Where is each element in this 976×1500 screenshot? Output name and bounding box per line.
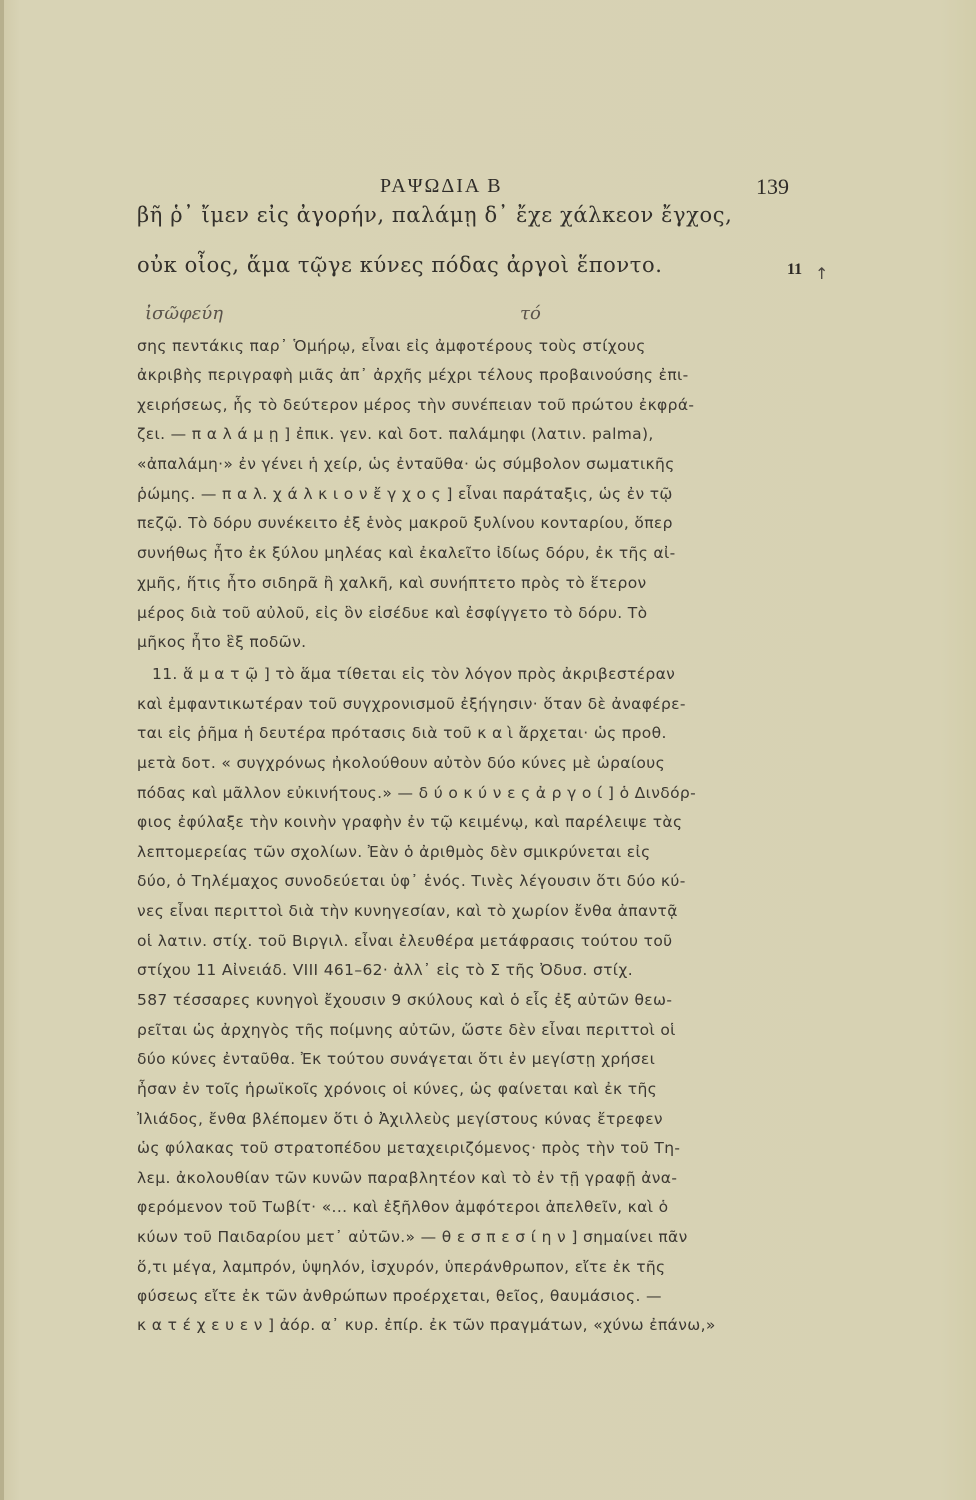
commentary-line: κύων τοῦ Παιδαρίου μετ᾽ αὐτῶν.» — θ ε σ …: [137, 1228, 773, 1246]
commentary-line: φιος ἐφύλαξε τὴν κοινὴν γραφὴν ἐν τῷ κει…: [137, 813, 773, 831]
commentary-line: σης πεντάκις παρ᾽ Ὁμήρῳ, εἶναι εἰς ἀμφοτ…: [137, 337, 773, 355]
handwritten-note-center: τό: [520, 303, 541, 324]
commentary-line: 11. ἅ μ α τ ῷ ] τὸ ἅμα τίθεται εἰς τὸν λ…: [152, 665, 773, 683]
commentary-line: χειρήσεως, ἧς τὸ δεύτερον μέρος τὴν συνέ…: [137, 396, 773, 414]
commentary-line: 587 τέσσαρες κυνηγοὶ ἔχουσιν 9 σκύλους κ…: [137, 991, 773, 1009]
commentary-line: καὶ ἐμφαντικωτέραν τοῦ συγχρονισμοῦ ἐξήγ…: [137, 695, 773, 713]
verse-line-2: οὐκ οἶος, ἅμα τῷγε κύνες πόδας ἀργοὶ ἕπο…: [137, 253, 663, 277]
commentary-line: δύο, ὁ Τηλέμαχος συνοδεύεται ὑφ᾽ ἑνός. Τ…: [137, 872, 773, 890]
margin-mark: ↑: [815, 264, 828, 283]
verse-number: 11: [787, 261, 802, 279]
commentary-line: πεζῷ. Τὸ δόρυ συνέκειτο ἐξ ἑνὸς μακροῦ ξ…: [137, 514, 773, 532]
scanned-page: ΡΑΨΩΔΙΑ Β 139 βῆ ῥ᾽ ἴμεν εἰς ἀγορήν, παλ…: [0, 0, 976, 1500]
commentary-line: λεμ. ἀκολουθίαν τῶν κυνῶν παραβλητέον κα…: [137, 1169, 773, 1187]
commentary-line: Ἰλιάδος, ἔνθα βλέπομεν ὅτι ὁ Ἀχιλλεὺς με…: [137, 1110, 773, 1128]
handwritten-note-left: ἰσῶφεύη: [145, 303, 223, 324]
commentary-line: λεπτομερείας τῶν σχολίων. Ἐὰν ὁ ἀριθμὸς …: [137, 843, 773, 861]
commentary-line: μῆκος ἦτο ἓξ ποδῶν.: [137, 633, 773, 651]
commentary-line: μέρος διὰ τοῦ αὐλοῦ, εἰς ὃν εἰσέδυε καὶ …: [137, 604, 773, 622]
commentary-line: δύο κύνες ἐνταῦθα. Ἐκ τούτου συνάγεται ὅ…: [137, 1050, 773, 1068]
commentary-line: νες εἶναι περιττοὶ διὰ τὴν κυνηγεσίαν, κ…: [137, 902, 773, 920]
commentary-line: χμῆς, ἥτις ἦτο σιδηρᾶ ἢ χαλκῆ, καὶ συνήπ…: [137, 574, 773, 592]
commentary-line: ὡς φύλακας τοῦ στρατοπέδου μεταχειριζόμε…: [137, 1139, 773, 1157]
commentary-line: «ἀπαλάμη·» ἐν γένει ἡ χείρ, ὡς ἐνταῦθα· …: [137, 455, 773, 473]
commentary-line: ται εἰς ῥῆμα ἡ δευτέρα πρότασις διὰ τοῦ …: [137, 724, 773, 742]
commentary-line: ἀκριβὴς περιγραφὴ μιᾶς ἀπ᾽ ἀρχῆς μέχρι τ…: [137, 366, 773, 384]
commentary-line: ὅ,τι μέγα, λαμπρόν, ὑψηλόν, ἰσχυρόν, ὑπε…: [137, 1258, 773, 1276]
commentary-line: μετὰ δοτ. « συγχρόνως ἠκολούθουν αὐτὸν δ…: [137, 754, 773, 772]
page-edge: [0, 0, 4, 1500]
commentary-line: φύσεως εἴτε ἐκ τῶν ἀνθρώπων προέρχεται, …: [137, 1287, 773, 1305]
commentary-line: ζει. — π α λ ά μ ῃ ] ἐπικ. γεν. καὶ δοτ.…: [137, 425, 773, 443]
commentary-line: ρεῖται ὡς ἀρχηγὸς τῆς ποίμνης αὐτῶν, ὥστ…: [137, 1021, 773, 1039]
page-number: 139: [756, 174, 789, 200]
running-head: ΡΑΨΩΔΙΑ Β: [380, 175, 503, 198]
commentary-line: συνήθως ἦτο ἐκ ξύλου μηλέας καὶ ἐκαλεῖτο…: [137, 544, 773, 562]
commentary-line: φερόμενον τοῦ Τωβίτ· «... καὶ ἐξῆλθον ἀμ…: [137, 1198, 773, 1216]
commentary-line: οἱ λατιν. στίχ. τοῦ Βιργιλ. εἶναι ἐλευθέ…: [137, 932, 773, 950]
verse-line-1: βῆ ῥ᾽ ἴμεν εἰς ἀγορήν, παλάμῃ δ᾽ ἔχε χάλ…: [137, 203, 732, 227]
commentary-line: ῥώμης. — π α λ. χ ά λ κ ι ο ν ἔ γ χ ο ς …: [137, 485, 773, 503]
commentary-line: ἦσαν ἐν τοῖς ἡρωϊκοῖς χρόνοις οἱ κύνες, …: [137, 1080, 773, 1098]
commentary-line: στίχου 11 Αἰνειάδ. VIII 461–62· ἀλλ᾽ εἰς…: [137, 961, 773, 979]
commentary-line: πόδας καὶ μᾶλλον εὐκινήτους.» — δ ύ ο κ …: [137, 784, 773, 802]
commentary-line: κ α τ έ χ ε υ ε ν ] ἀόρ. α᾽ κυρ. ἐπίρ. ἐ…: [137, 1316, 773, 1334]
